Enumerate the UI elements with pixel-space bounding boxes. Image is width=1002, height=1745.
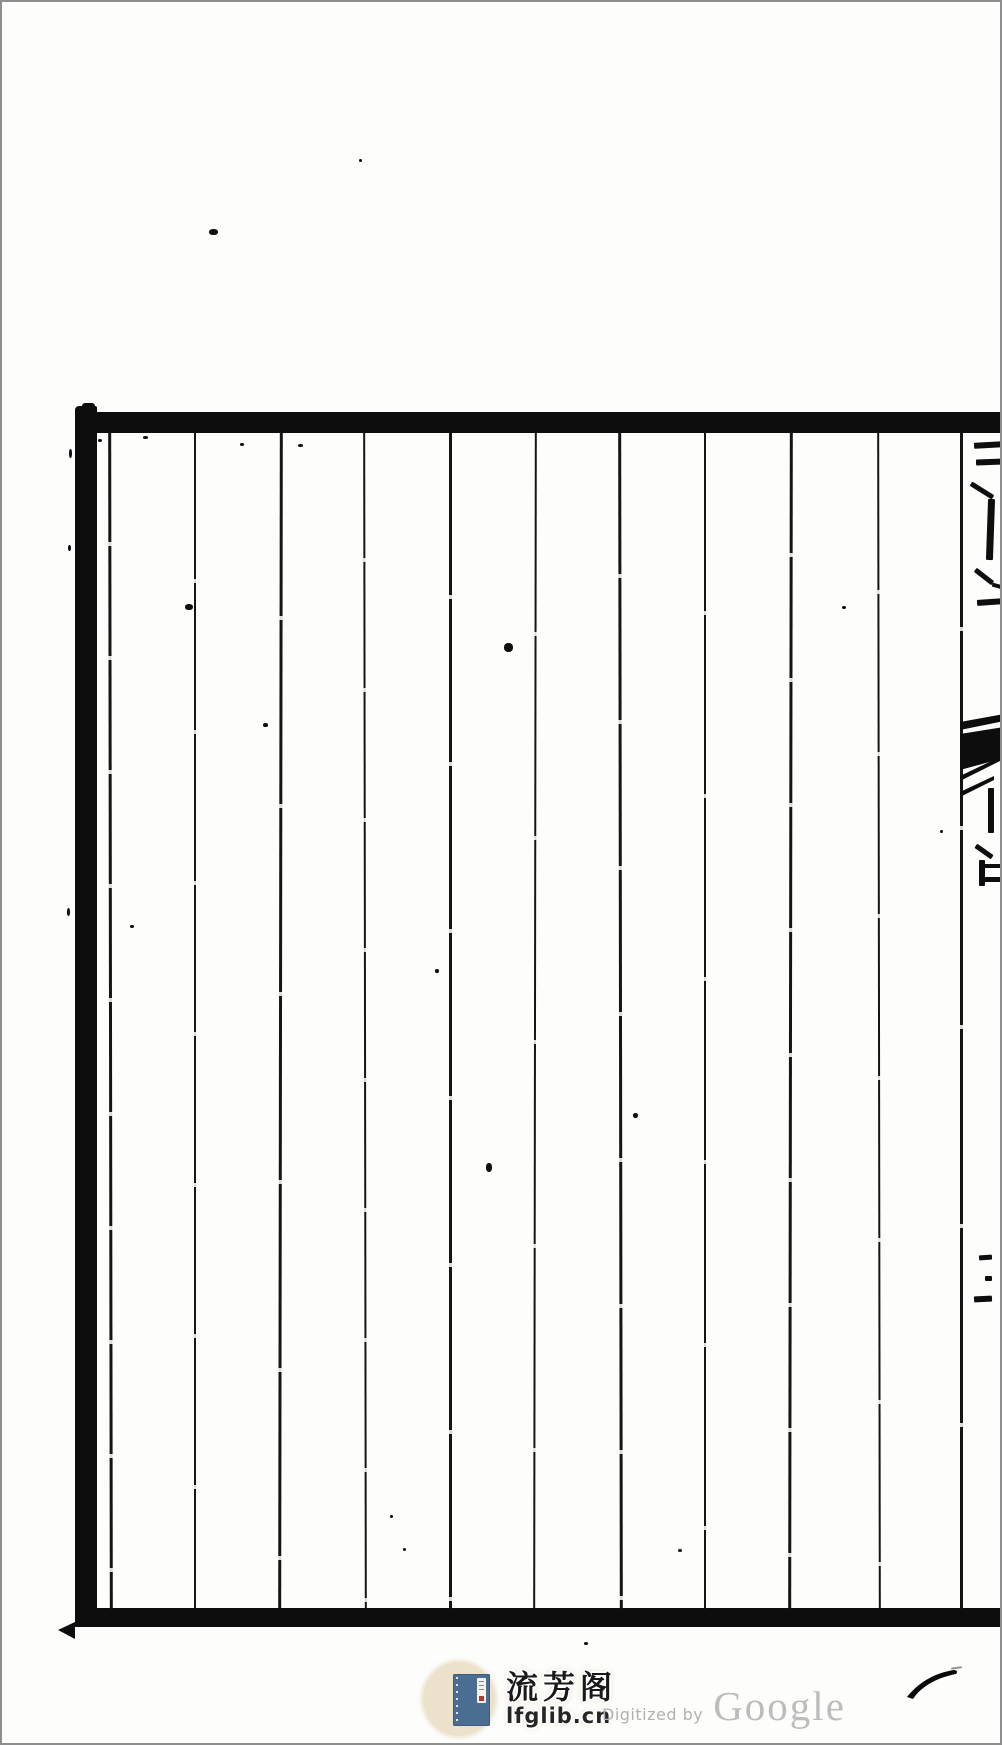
column-rule-3	[278, 432, 283, 1609]
frame-corner-bump	[82, 403, 95, 414]
ink-speck-11	[678, 1549, 682, 1552]
ink-speck-7	[435, 969, 439, 973]
glyph-fragment-bar-f3	[974, 1296, 992, 1303]
ink-speck-12	[390, 1515, 393, 1518]
glyph-fragment-tick-c	[992, 583, 1002, 590]
glyph-fragment-vert-b	[986, 499, 995, 560]
column-rule-9	[788, 432, 793, 1609]
watermark-site-name: 流芳阁	[506, 1671, 617, 1703]
library-watermark: 流芳阁 lfglib.cn	[423, 1662, 617, 1736]
scanned-page: 流芳阁 lfglib.cn Digitized by Google	[0, 0, 1002, 1745]
glyph-fragment-bar-e2	[982, 877, 1002, 882]
frame-border-left	[75, 406, 97, 1627]
glyph-fragment-bar-a2	[976, 459, 1002, 466]
column-rule-7	[618, 432, 623, 1609]
column-rule-2	[194, 432, 196, 1609]
column-rule-10	[877, 432, 881, 1609]
ink-speck-2	[359, 159, 362, 162]
ink-speck-1	[209, 229, 218, 235]
column-rule-8	[704, 432, 706, 1609]
glyph-fragment-bar-c	[977, 598, 1002, 606]
glyph-fragment-bar-e1	[980, 864, 1002, 868]
book-stitch-icon	[456, 1677, 458, 1723]
column-rule-5	[449, 432, 452, 1609]
column-rule-6	[533, 432, 537, 1609]
glyph-fragment-diag-e	[974, 844, 993, 860]
glyph-fragment-bar-a1	[974, 441, 1002, 449]
column-rule-1	[108, 432, 113, 1609]
glyph-fragment-diag-b	[970, 481, 995, 499]
ink-speck-9	[486, 1163, 492, 1172]
ink-speck-13	[403, 1548, 406, 1551]
glyph-fragment-diag-c	[974, 568, 994, 585]
digitized-by-mark: Digitized by Google	[602, 1682, 846, 1730]
frame-border-bottom	[75, 1608, 1000, 1627]
ink-speck-6	[130, 925, 134, 928]
book-title-label	[477, 1678, 486, 1703]
ink-speck-22	[940, 830, 943, 833]
glyph-fragment-bar-f1	[979, 1255, 992, 1261]
watermark-site-domain: lfglib.cn	[506, 1706, 617, 1727]
ink-speck-17	[298, 444, 303, 447]
digitized-by-label: Digitized by	[602, 1705, 703, 1724]
fishtail-mark-icon	[960, 702, 1002, 802]
watermark-badge	[423, 1662, 495, 1736]
ink-speck-3	[185, 604, 193, 610]
ink-speck-21	[842, 606, 846, 609]
ink-speck-16	[240, 443, 244, 446]
ink-speck-10	[584, 1642, 588, 1645]
glyph-fragment-vert-d	[988, 788, 994, 833]
column-rule-4	[363, 432, 367, 1609]
ink-speck-4	[504, 643, 513, 652]
ink-speck-20	[67, 908, 70, 916]
thread-bound-book-icon	[453, 1674, 490, 1726]
ink-speck-8	[633, 1113, 638, 1118]
ink-speck-19	[68, 545, 71, 551]
ink-speck-5	[263, 723, 268, 727]
frame-corner-ink-drip	[58, 1622, 75, 1639]
glyph-fragment-dot-f2	[985, 1276, 992, 1281]
column-rule-11	[960, 432, 963, 1609]
red-seal-icon	[479, 1696, 484, 1701]
book-label-text-lines	[479, 1681, 484, 1682]
google-logo: Google	[713, 1682, 846, 1730]
ink-speck-15	[143, 436, 148, 439]
ink-speck-18	[69, 449, 72, 458]
pen-swoosh-mark	[905, 1664, 965, 1702]
ink-speck-14	[98, 439, 102, 442]
frame-border-top	[79, 412, 1000, 433]
